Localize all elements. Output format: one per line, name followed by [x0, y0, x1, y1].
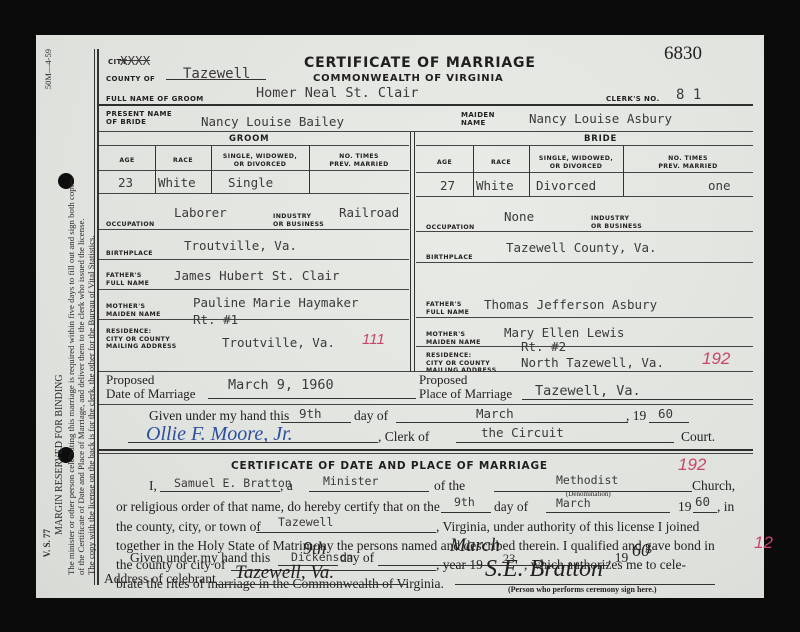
license-day-of: day of — [354, 408, 388, 424]
bride-maiden-name-value: Nancy Louise Asbury — [529, 111, 672, 126]
groom-age-label: AGE — [99, 157, 155, 165]
groom-race-value: White — [158, 175, 196, 190]
groom-bride-divider — [414, 132, 415, 372]
court-suffix: Court. — [681, 429, 715, 445]
bride-present-name-label: PRESENT NAMEOF BRIDE — [106, 111, 172, 126]
label-line: MAIDEN NAME — [426, 339, 481, 346]
ceremony-line5c: , which authorizes me to cele- — [524, 557, 686, 573]
groom-residence-code: 111 — [362, 331, 385, 348]
divider — [416, 346, 753, 347]
label-line: RESIDENCE: — [106, 328, 152, 335]
label-line: NO. TIMES — [668, 155, 708, 162]
print-code: 50M—4-59 — [43, 49, 53, 89]
underline — [522, 399, 753, 400]
label-line: MAILING ADDRESS — [106, 343, 177, 350]
divider — [416, 196, 753, 197]
label-line: INDUSTRY — [591, 215, 629, 222]
bride-status-label: SINGLE, WIDOWED,OR DIVORCED — [529, 155, 623, 170]
underline — [256, 532, 436, 533]
underline — [208, 398, 416, 399]
underline — [231, 570, 436, 571]
margin-instructions: The minister or other person celebrating… — [66, 95, 76, 575]
ceremony-code: 192 — [678, 455, 706, 475]
divider — [99, 170, 409, 171]
ceremony-line5b: , year 19 — [436, 557, 483, 573]
groom-residence-line1: Rt. #1 — [193, 312, 238, 327]
groom-residence-label: RESIDENCE:CITY OR COUNTYMAILING ADDRESS — [106, 328, 177, 351]
ceremony-title: CERTIFICATE OF DATE AND PLACE OF MARRIAG… — [231, 460, 548, 472]
ceremony-a: , a — [280, 478, 293, 494]
bride-father-value: Thomas Jefferson Asbury — [484, 297, 657, 312]
bride-mother-value: Mary Ellen Lewis — [504, 325, 624, 340]
divider — [99, 319, 409, 320]
cell-divider — [473, 146, 474, 196]
cell-divider — [309, 146, 310, 193]
bride-industry-label: INDUSTRYOR BUSINESS — [591, 215, 642, 230]
label-line: OR BUSINESS — [273, 221, 324, 228]
label-line: INDUSTRY — [273, 213, 311, 220]
bride-times-value: one — [708, 178, 731, 193]
label-line: SINGLE, WIDOWED, — [539, 155, 613, 162]
proposed-date-value: March 9, 1960 — [228, 377, 334, 393]
certificate-title: CERTIFICATE OF MARRIAGE — [304, 55, 536, 71]
proposed-place-label: ProposedPlace of Marriage — [419, 373, 512, 401]
bride-age-label: AGE — [416, 159, 473, 167]
groom-mother-label: MOTHER'SMAIDEN NAME — [106, 303, 161, 318]
groom-heading: GROOM — [229, 134, 269, 144]
groom-residence-line2: Troutville, Va. — [222, 335, 335, 350]
ceremony-line5: the county or city of — [116, 557, 225, 573]
groom-bride-divider — [410, 132, 411, 372]
bride-race-value: White — [476, 178, 514, 193]
label-line: FATHER'S — [106, 272, 142, 279]
court-value: the Circuit — [481, 425, 564, 440]
divider — [99, 104, 753, 106]
ceremony-i: I, — [149, 478, 157, 494]
label-line: RESIDENCE: — [426, 352, 472, 359]
ceremony-day-of: day of — [494, 499, 528, 515]
ceremony-of-the: of the — [434, 478, 465, 494]
bride-residence-code: 192 — [702, 349, 730, 369]
license-year-value: 60 — [658, 406, 673, 421]
groom-industry-label: INDUSTRYOR BUSINESS — [273, 213, 324, 228]
underline — [128, 442, 378, 443]
bond-county-value: Dickenson — [291, 550, 353, 564]
denomination-value: Methodist — [556, 473, 618, 487]
license-year-prefix: , 19 — [626, 408, 646, 424]
label-line: SINGLE, WIDOWED, — [223, 153, 297, 160]
license-given-text: Given under my hand this — [149, 408, 289, 424]
ceremony-line4: together in the Holy State of Matrimony … — [116, 538, 715, 554]
bride-father-label: FATHER'SFULL NAME — [426, 301, 469, 316]
groom-name-value: Homer Neal St. Clair — [256, 85, 419, 101]
divider — [416, 262, 753, 263]
label-line: OR DIVORCED — [234, 161, 287, 168]
bond-code: 12 — [754, 533, 773, 553]
ceremony-day-value: 9th — [454, 495, 475, 509]
frame-border — [94, 49, 95, 585]
label-line: OF BRIDE — [106, 118, 146, 126]
bride-race-label: RACE — [473, 159, 529, 167]
minister-name: Samuel E. Bratton — [174, 476, 292, 490]
label-line: FULL NAME — [106, 280, 149, 287]
label-line: OR BUSINESS — [591, 223, 642, 230]
bride-maiden-name-label: MAIDENNAME — [461, 112, 495, 127]
form-code: V. S. 77 — [42, 529, 52, 557]
marriage-certificate: V. S. 77 50M—4-59 MARGIN RESERVED FOR BI… — [36, 35, 764, 598]
groom-status-label: SINGLE, WIDOWED,OR DIVORCED — [211, 153, 309, 168]
label-line: MOTHER'S — [106, 303, 145, 310]
section-divider — [99, 449, 753, 451]
ceremony-town-value: Tazewell — [278, 515, 333, 529]
bride-mother-label: MOTHER'SMAIDEN NAME — [426, 331, 481, 346]
minister-title: Minister — [323, 474, 378, 488]
label-line: FATHER'S — [426, 301, 462, 308]
label-line: CITY OR COUNTY — [426, 360, 490, 367]
groom-age-value: 23 — [118, 175, 133, 190]
divider — [99, 193, 409, 194]
license-day-value: 9th — [299, 406, 322, 421]
frame-border — [97, 49, 99, 585]
certificate-subtitle: COMMONWEALTH OF VIRGINIA — [313, 73, 504, 84]
ceremony-line2: or religious order of that name, do here… — [116, 499, 440, 515]
divider — [99, 289, 409, 290]
section-divider — [99, 453, 753, 454]
label-line: PREV. MARRIED — [329, 161, 388, 168]
underline — [546, 512, 670, 513]
bride-birthplace-label: BIRTHPLACE — [426, 254, 473, 262]
bride-heading: BRIDE — [584, 134, 617, 144]
county-underline — [166, 79, 266, 80]
underline — [693, 512, 717, 513]
divider — [99, 229, 409, 230]
bride-residence-line2: North Tazewell, Va. — [521, 355, 664, 370]
ceremony-in: , in — [717, 499, 734, 515]
underline — [396, 422, 628, 423]
groom-status-value: Single — [228, 175, 273, 190]
groom-race-label: RACE — [155, 157, 211, 165]
label-line: Date of Marriage — [106, 386, 196, 401]
groom-occupation-value: Laborer — [174, 205, 227, 220]
license-month-value: March — [476, 406, 514, 421]
bride-status-value: Divorced — [536, 178, 596, 193]
divider — [416, 231, 753, 232]
label-line: OR DIVORCED — [550, 163, 603, 170]
label-line: FULL NAME — [426, 309, 469, 316]
ceremony-line6: brate the rites of marriage in the Commo… — [116, 576, 444, 592]
bride-age-value: 27 — [440, 178, 455, 193]
margin-instructions: of the Certificate of Date and Place of … — [76, 95, 86, 575]
divider — [416, 145, 753, 146]
clerk-of-text: , Clerk of — [378, 429, 429, 445]
bride-residence-line1: Rt. #2 — [521, 339, 566, 354]
groom-times-label: NO. TIMESPREV. MARRIED — [309, 153, 409, 168]
proposed-date-label: ProposedDate of Marriage — [106, 373, 196, 401]
divider — [99, 259, 409, 260]
underline — [456, 442, 674, 443]
underline — [309, 491, 429, 492]
divider — [99, 145, 409, 146]
divider — [99, 404, 753, 405]
bride-occupation-value: None — [504, 209, 534, 224]
cell-divider — [623, 146, 624, 196]
underline — [649, 422, 689, 423]
divider — [416, 172, 753, 173]
label-line: MOTHER'S — [426, 331, 465, 338]
groom-industry-value: Railroad — [339, 205, 399, 220]
ceremony-line3b: , Virginia, under authority of this lice… — [436, 519, 699, 535]
underline — [441, 512, 491, 513]
cell-divider — [155, 146, 156, 193]
cell-divider — [529, 146, 530, 196]
proposed-place-value: Tazewell, Va. — [535, 383, 641, 399]
ceremony-church: Church, — [692, 478, 735, 494]
groom-occupation-label: OCCUPATION — [106, 221, 155, 229]
bride-present-name-value: Nancy Louise Bailey — [201, 114, 344, 129]
groom-father-label: FATHER'SFULL NAME — [106, 272, 149, 287]
ceremony-19: 19 — [678, 499, 692, 515]
bride-birthplace-value: Tazewell County, Va. — [506, 240, 657, 255]
underline — [160, 491, 280, 492]
clerk-no-label: CLERK'S NO. — [606, 96, 660, 104]
city-value: XXXX — [120, 53, 150, 68]
label-line: Proposed — [106, 372, 154, 387]
label-line: NAME — [461, 119, 486, 127]
certificate-number: 6830 — [664, 43, 702, 65]
clerk-no-value: 8 1 — [676, 87, 701, 103]
label-line: Place of Marriage — [419, 386, 512, 401]
cell-divider — [211, 146, 212, 193]
divider — [99, 131, 753, 132]
groom-mother-value: Pauline Marie Haymaker — [193, 295, 359, 310]
divider — [416, 317, 753, 318]
bond-year-value: 23 — [502, 551, 515, 567]
label-line: MAIDEN NAME — [106, 311, 161, 318]
groom-birthplace-label: BIRTHPLACE — [106, 250, 153, 258]
label-line: CITY OR COUNTY — [106, 336, 170, 343]
bride-times-label: NO. TIMESPREV. MARRIED — [623, 155, 753, 170]
margin-reserved-text: MARGIN RESERVED FOR BINDING — [55, 285, 65, 535]
ceremony-line3: the county, city, or town of — [116, 519, 261, 535]
label-line: NO. TIMES — [339, 153, 379, 160]
groom-name-label: FULL NAME OF GROOM — [106, 96, 204, 104]
ceremony-year-value: 60 — [695, 494, 710, 509]
groom-birthplace-value: Troutville, Va. — [184, 238, 297, 253]
label-line: PREV. MARRIED — [658, 163, 717, 170]
label-line: Proposed — [419, 372, 467, 387]
ceremony-month-value: March — [556, 496, 591, 510]
county-label: COUNTY OF — [106, 76, 155, 84]
groom-father-value: James Hubert St. Clair — [174, 268, 340, 283]
